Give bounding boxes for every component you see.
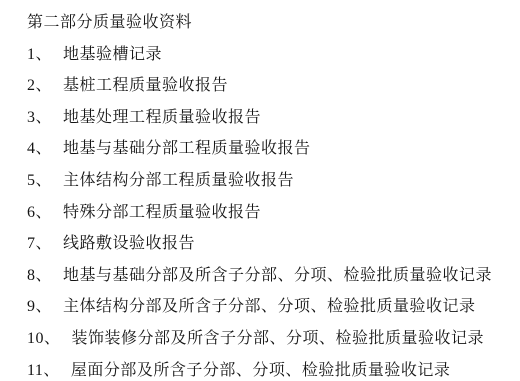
list-item-4: 4、地基与基础分部工程质量验收报告	[27, 133, 520, 165]
list-item-2: 2、基桩工程质量验收报告	[27, 70, 520, 102]
list-item-5: 5、主体结构分部工程质量验收报告	[27, 165, 520, 197]
item-text: 线路敷设验收报告	[63, 235, 195, 252]
list-item-9: 9、主体结构分部及所含子分部、分项、检验批质量验收记录	[27, 291, 520, 323]
item-text: 主体结构分部工程质量验收报告	[63, 172, 294, 189]
document-page: 第二部分质量验收资料 1、地基验槽记录 2、基桩工程质量验收报告 3、地基处理工…	[0, 0, 520, 381]
item-text: 装饰装修分部及所含子分部、分项、检验批质量验收记录	[72, 330, 485, 347]
item-text: 特殊分部工程质量验收报告	[63, 204, 261, 221]
item-text: 屋面分部及所含子分部、分项、检验批质量验收记录	[71, 362, 451, 379]
item-text: 地基验槽记录	[63, 46, 162, 63]
item-number: 9、	[27, 291, 52, 323]
item-number: 7、	[27, 228, 52, 260]
section-title: 第二部分质量验收资料	[27, 7, 520, 39]
item-number: 4、	[27, 133, 52, 165]
item-number: 5、	[27, 165, 52, 197]
item-text: 主体结构分部及所含子分部、分项、检验批质量验收记录	[63, 298, 476, 315]
item-number: 10、	[27, 323, 61, 355]
list-item-7: 7、线路敷设验收报告	[27, 228, 520, 260]
list-item-8: 8、地基与基础分部及所含子分部、分项、检验批质量验收记录	[27, 260, 520, 292]
list-item-11: 11、屋面分部及所含子分部、分项、检验批质量验收记录	[27, 355, 520, 381]
item-number: 6、	[27, 197, 52, 229]
item-number: 3、	[27, 102, 52, 134]
list-item-1: 1、地基验槽记录	[27, 39, 520, 71]
item-number: 1、	[27, 39, 52, 71]
list-item-6: 6、特殊分部工程质量验收报告	[27, 197, 520, 229]
item-text: 基桩工程质量验收报告	[63, 77, 228, 94]
item-number: 2、	[27, 70, 52, 102]
list-item-3: 3、地基处理工程质量验收报告	[27, 102, 520, 134]
list-item-10: 10、装饰装修分部及所含子分部、分项、检验批质量验收记录	[27, 323, 520, 355]
item-text: 地基处理工程质量验收报告	[63, 109, 261, 126]
item-number: 11、	[27, 355, 60, 381]
item-number: 8、	[27, 260, 52, 292]
item-text: 地基与基础分部工程质量验收报告	[63, 140, 311, 157]
item-text: 地基与基础分部及所含子分部、分项、检验批质量验收记录	[63, 267, 492, 284]
